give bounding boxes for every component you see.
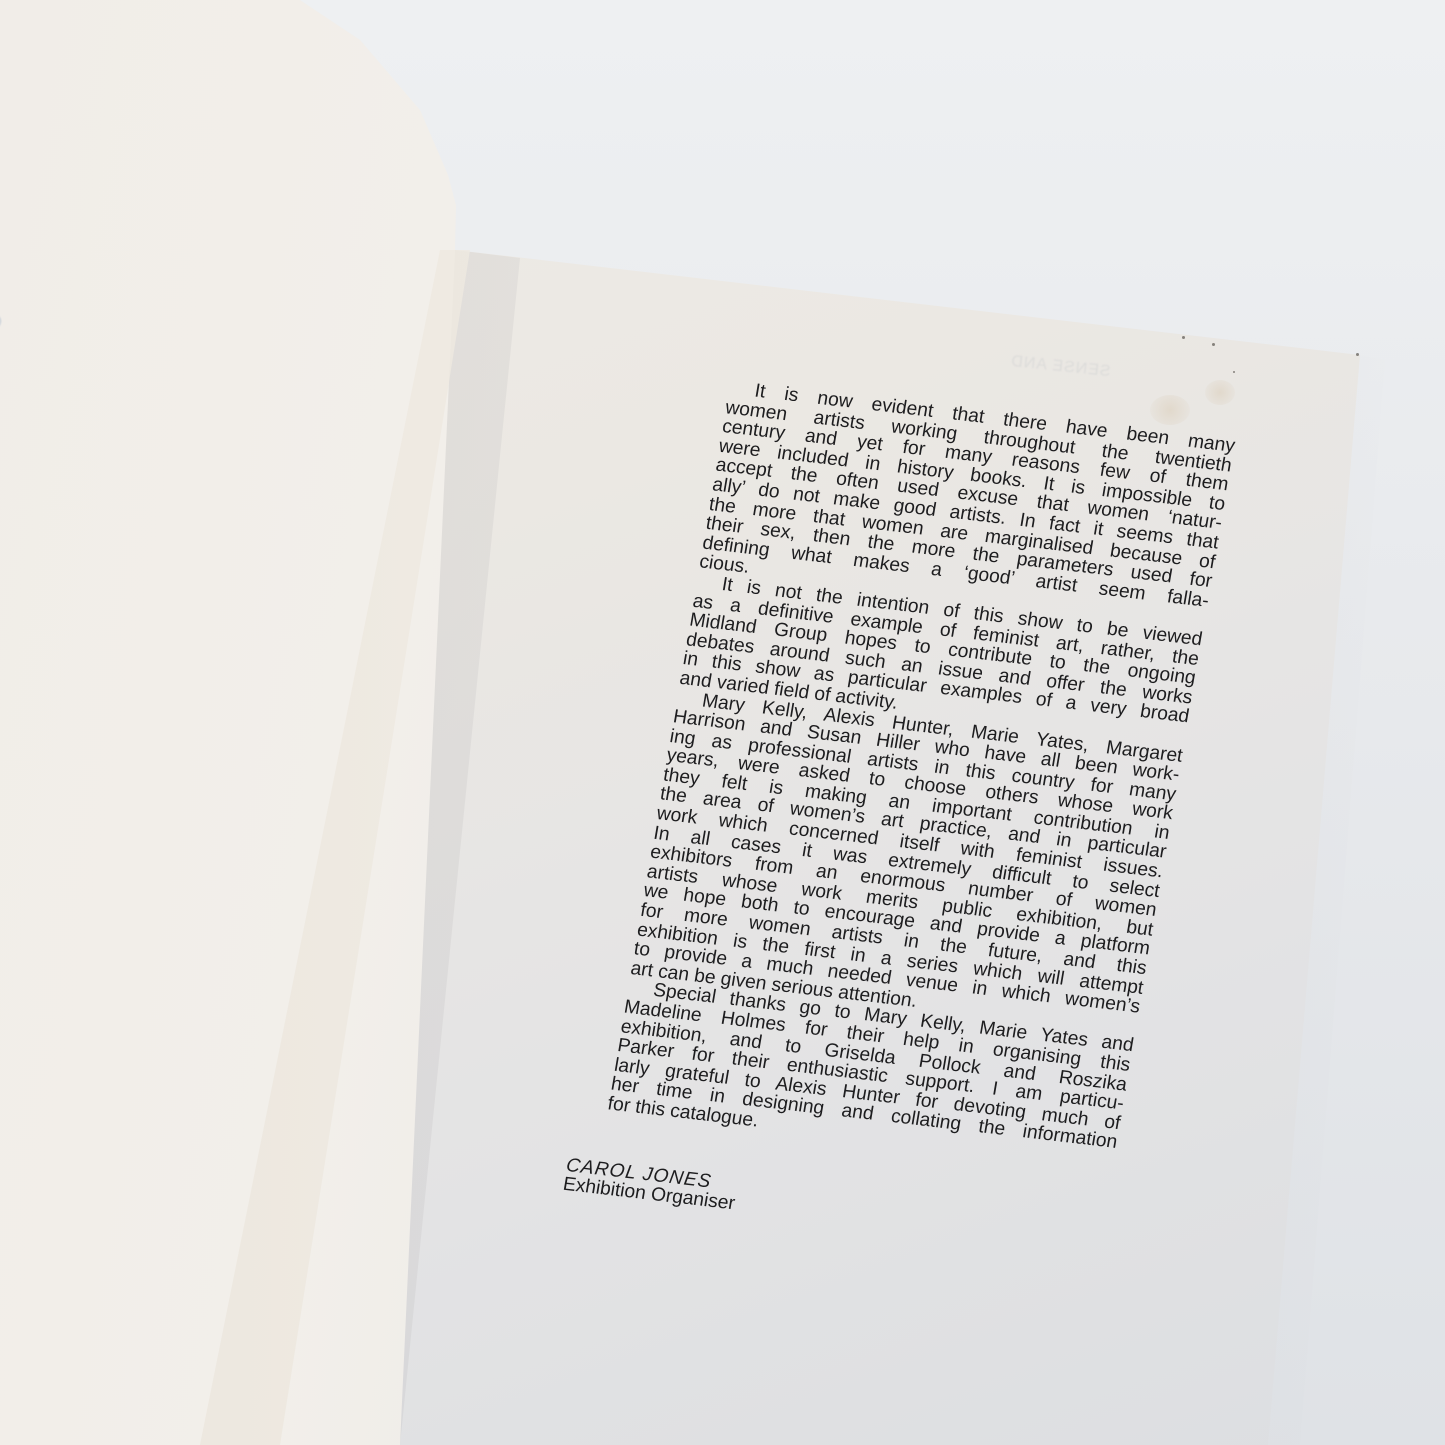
speck [1182, 336, 1185, 339]
photo-scene: SENSE AND SENSE AND In Feminist Midland … [0, 0, 1445, 1445]
foxing-stain [1150, 395, 1190, 425]
speck [1233, 371, 1235, 373]
speck [1212, 343, 1215, 346]
foxing-stain [1205, 380, 1235, 405]
speck [1356, 353, 1359, 356]
